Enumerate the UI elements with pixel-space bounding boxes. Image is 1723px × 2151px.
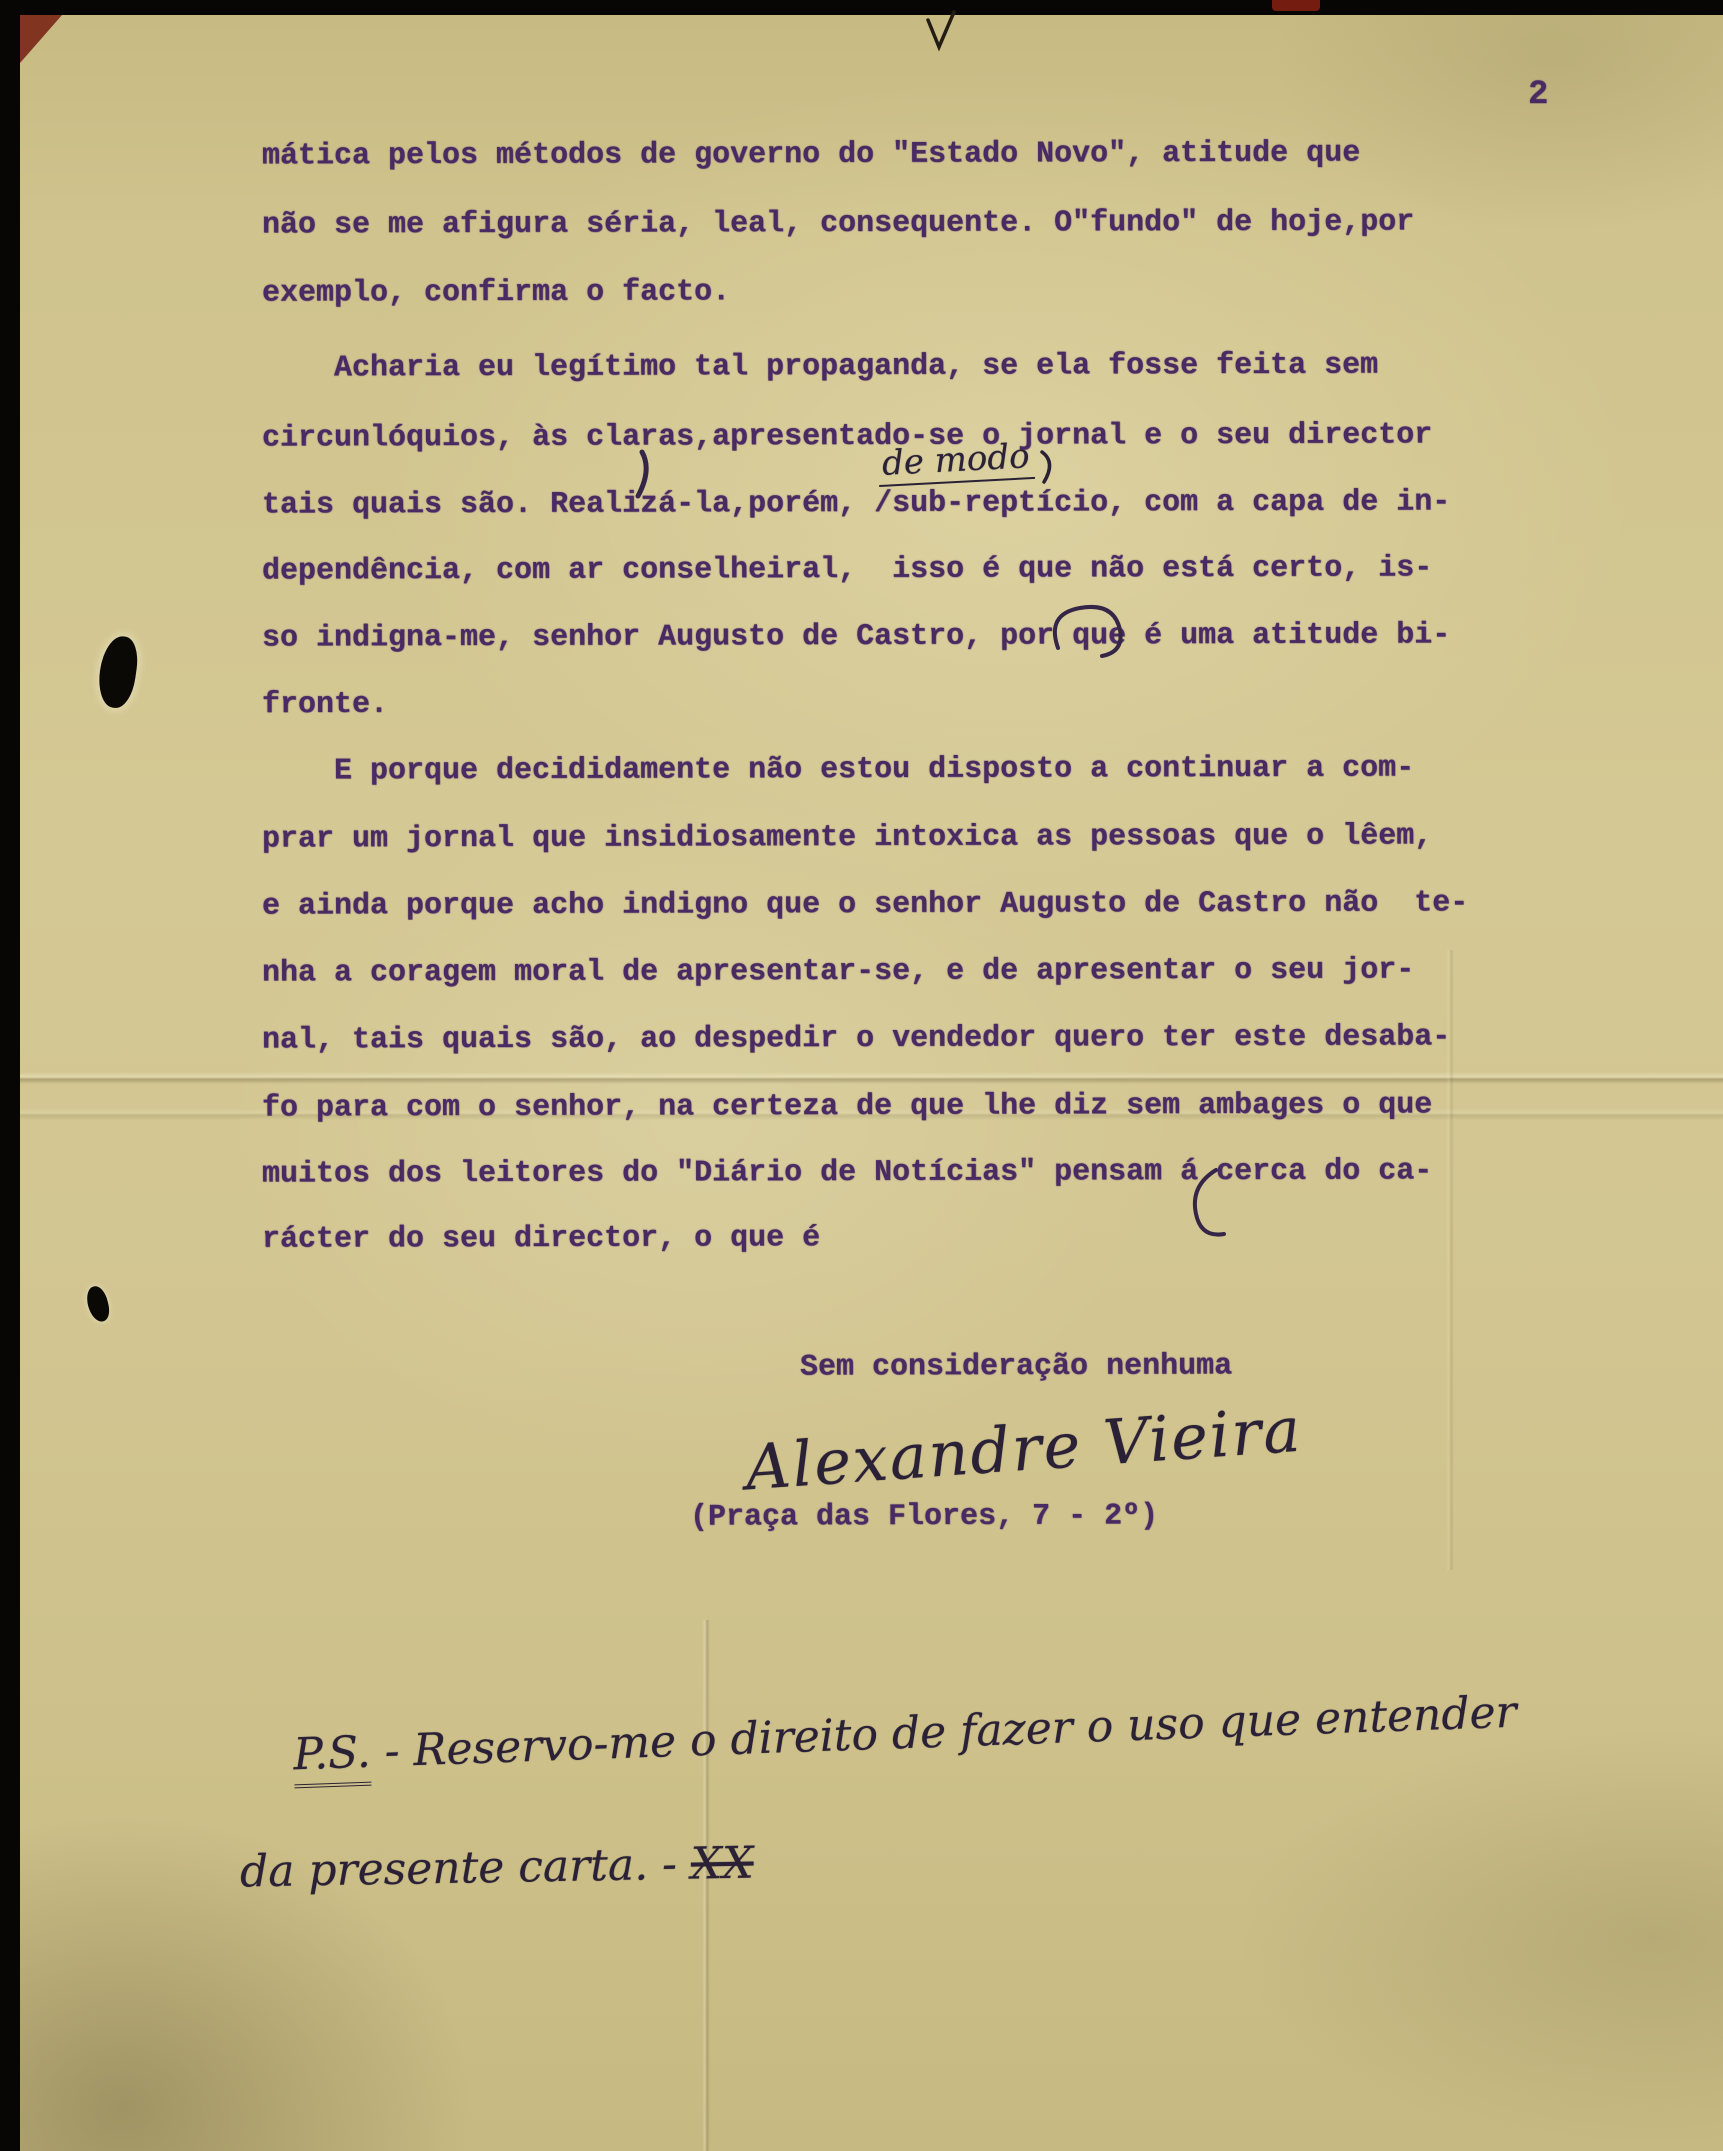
postscript-text-2: da presente carta. - xyxy=(240,1839,678,1898)
horizontal-fold-crease xyxy=(20,1072,1723,1084)
scanned-letter-page: { "page_number": "2", "letter": { "typed… xyxy=(0,0,1723,2151)
address-line: (Praça das Flores, 7 - 2º) xyxy=(690,1499,1158,1534)
typed-line-15: fo para com o senhor, na certeza de que … xyxy=(262,1088,1432,1125)
typed-line-10: E porque decididamente não estou dispost… xyxy=(334,752,1414,789)
typed-line-12: e ainda porque acho indigno que o senhor… xyxy=(262,886,1468,923)
typed-line-7: dependência, com ar conselheiral, isso é… xyxy=(262,551,1432,588)
postscript-crossed-scribble: XX xyxy=(690,1838,754,1890)
typed-line-8: so indigna-me, senhor Augusto de Castro,… xyxy=(262,618,1450,655)
typed-line-3: exemplo, confirma o facto. xyxy=(262,275,730,310)
postscript-label: P.S. xyxy=(292,1727,371,1789)
typed-line-14: nal, tais quais são, ao despedir o vende… xyxy=(262,1020,1450,1057)
typed-line-17: rácter do seu director, o que é xyxy=(262,1221,820,1256)
typed-line-5: circunlóquios, às claras,apresentado-se … xyxy=(262,418,1432,455)
red-scan-mark-top xyxy=(1272,0,1320,11)
postscript-line-2: da presente carta. - XX xyxy=(240,1838,754,1898)
typed-line-11: prar um jornal que insidiosamente intoxi… xyxy=(262,819,1432,856)
typed-line-1: mática pelos métodos de governo do "Esta… xyxy=(262,137,1360,174)
page-number: 2 xyxy=(1528,76,1549,114)
handwritten-insert-note: de modo xyxy=(877,436,1035,487)
typed-line-9: fronte. xyxy=(262,688,388,722)
valediction: Sem consideração nenhuma xyxy=(800,1349,1232,1384)
typed-line-2: não se me afigura séria, leal, consequen… xyxy=(262,205,1414,242)
typed-line-16: muitos dos leitores do "Diário de Notíci… xyxy=(262,1154,1432,1191)
typed-line-6: tais quais são. Realizá-la,porém, /sub-r… xyxy=(262,485,1450,522)
typed-line-4: Acharia eu legítimo tal propaganda, se e… xyxy=(334,349,1378,386)
typed-line-13: nha a coragem moral de apresentar-se, e … xyxy=(262,953,1414,990)
